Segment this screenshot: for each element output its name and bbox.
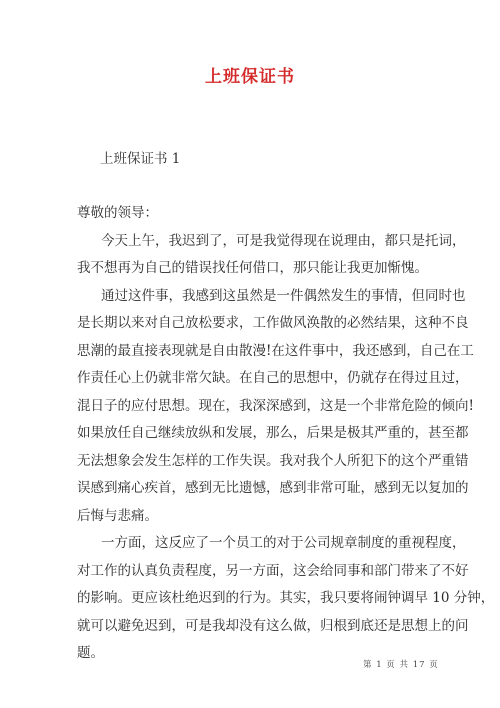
body-line: 一方面，这反应了一个员工的对于公司规章制度的重视程度， xyxy=(77,530,432,558)
body-line: 尊敬的领导： xyxy=(77,200,432,228)
body-line: 思潮的最直接表现就是自由散漫!在这件事中，我还感到，自己在工 xyxy=(77,338,432,366)
body-line: 对工作的认真负责程度，另一方面，这会给同事和部门带来了不好 xyxy=(77,558,432,586)
body-line: 后悔与悲痛。 xyxy=(77,503,432,531)
section-subtitle: 上班保证书 1 xyxy=(100,147,180,167)
body-line: 我不想再为自己的错误找任何借口，那只能让我更加惭愧。 xyxy=(77,255,432,283)
body-line: 混日子的应付思想。现在，我深深感到，这是一个非常危险的倾向! xyxy=(77,393,432,421)
body-line: 无法想象会发生怎样的工作失误。我对我个人所犯下的这个严重错 xyxy=(77,448,432,476)
body-line: 通过这件事，我感到这虽然是一件偶然发生的事情，但同时也 xyxy=(77,283,432,311)
page-title: 上班保证书 xyxy=(0,62,500,87)
body-line: 今天上午，我迟到了，可是我觉得现在说理由，都只是托词， xyxy=(77,228,432,256)
body-line: 误感到痛心疾首，感到无比遗憾，感到非常可耻，感到无以复加的 xyxy=(77,475,432,503)
body-line: 如果放任自己继续放纵和发展，那么，后果是极其严重的，甚至都 xyxy=(77,420,432,448)
body-line: 的影响。更应该杜绝迟到的行为。其实，我只要将闹钟调早 10 分钟， xyxy=(77,585,432,613)
page-footer: 第 1 页 共 17 页 xyxy=(363,658,439,670)
document-body: 尊敬的领导： 今天上午，我迟到了，可是我觉得现在说理由，都只是托词， 我不想再为… xyxy=(77,200,432,668)
body-line: 是长期以来对自己放松要求，工作做风涣散的必然结果，这种不良 xyxy=(77,310,432,338)
body-line: 就可以避免迟到，可是我却没有这么做，归根到底还是思想上的问 xyxy=(77,613,432,641)
body-line: 作责任心上仍就非常欠缺。在自己的思想中，仍就存在得过且过， xyxy=(77,365,432,393)
